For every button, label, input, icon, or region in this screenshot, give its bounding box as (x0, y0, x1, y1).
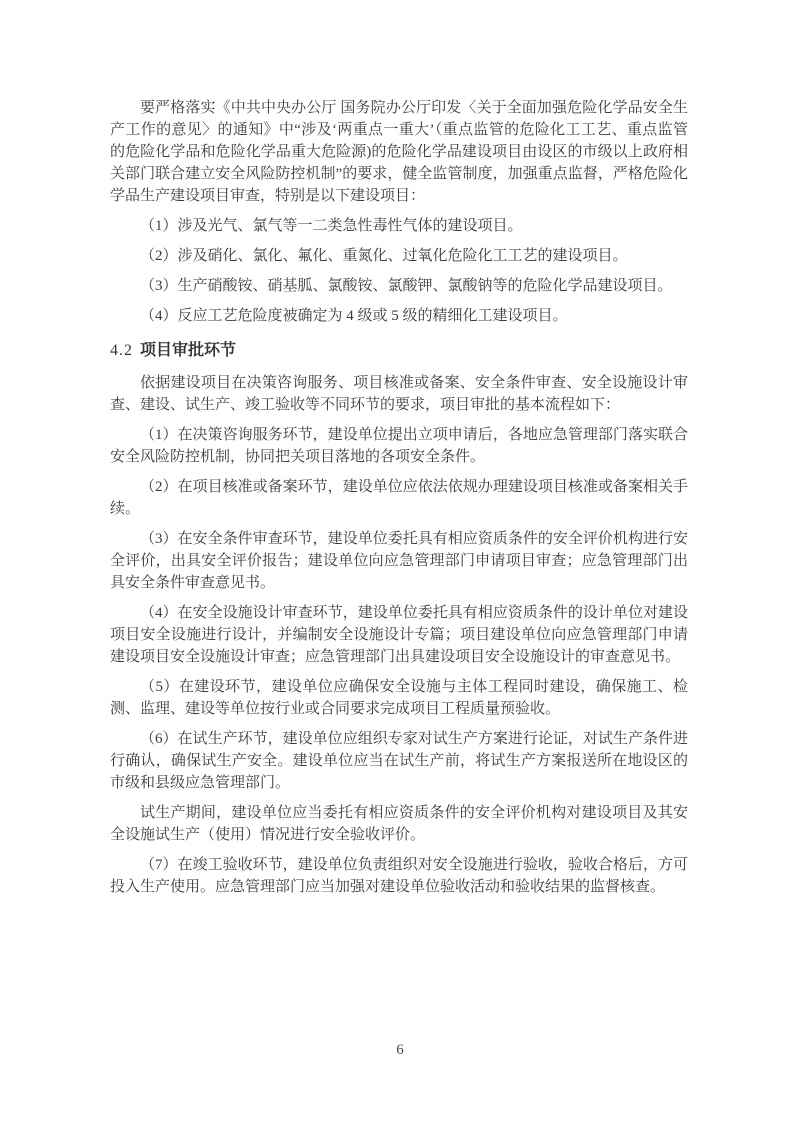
document-content: 要严格落实《中共中央办公厅 国务院办公厅印发〈关于全面加强危险化学品安全生产工作… (110, 97, 688, 906)
project-list-item-4: （4）反应工艺危险度被确定为 4 级或 5 级的精细化工建设项目。 (110, 305, 688, 327)
section-number: 4.2 (110, 342, 133, 359)
section-title: 项目审批环节 (140, 342, 236, 359)
project-list-item-3: （3）生产硝酸铵、硝基胍、氯酸铵、氯酸钾、氯酸钠等的危险化学品建设项目。 (110, 275, 688, 297)
document-page: 要严格落实《中共中央办公厅 国务院办公厅印发〈关于全面加强危险化学品安全生产工作… (0, 0, 800, 1131)
approval-step-4: （4）在安全设施设计审查环节，建设单位委托具有相应资质条件的设计单位对建设项目安… (110, 602, 688, 668)
page-number: 6 (0, 1042, 800, 1059)
approval-step-7: （7）在竣工验收环节，建设单位负责组织对安全设施进行验收，验收合格后，方可投入生… (110, 854, 688, 898)
approval-step-1: （1）在决策咨询服务环节，建设单位提出立项申请后，各地应急管理部门落实联合安全风… (110, 424, 688, 468)
approval-step-6: （6）在试生产环节，建设单位应组织专家对试生产方案进行论证，对试生产条件进行确认… (110, 728, 688, 794)
section-heading: 4.2项目审批环节 (110, 340, 688, 362)
approval-step-5: （5）在建设环节，建设单位应确保安全设施与主体工程同时建设，确保施工、检测、监理… (110, 676, 688, 720)
trial-production-note: 试生产期间，建设单位应当委托有相应资质条件的安全评价机构对建设项目及其安全设施试… (110, 802, 688, 846)
approval-step-2: （2）在项目核准或备案环节，建设单位应依法依规办理建设项目核准或备案相关手续。 (110, 476, 688, 520)
intro-paragraph: 要严格落实《中共中央办公厅 国务院办公厅印发〈关于全面加强危险化学品安全生产工作… (110, 97, 688, 207)
project-list-item-1: （1）涉及光气、氯气等一二类急性毒性气体的建设项目。 (110, 215, 688, 237)
project-list-item-2: （2）涉及硝化、氯化、氟化、重氮化、过氧化危险化工工艺的建设项目。 (110, 245, 688, 267)
approval-intro-paragraph: 依据建设项目在决策咨询服务、项目核准或备案、安全条件审查、安全设施设计审查、建设… (110, 372, 688, 416)
approval-step-3: （3）在安全条件审查环节，建设单位委托具有相应资质条件的安全评价机构进行安全评价… (110, 528, 688, 594)
